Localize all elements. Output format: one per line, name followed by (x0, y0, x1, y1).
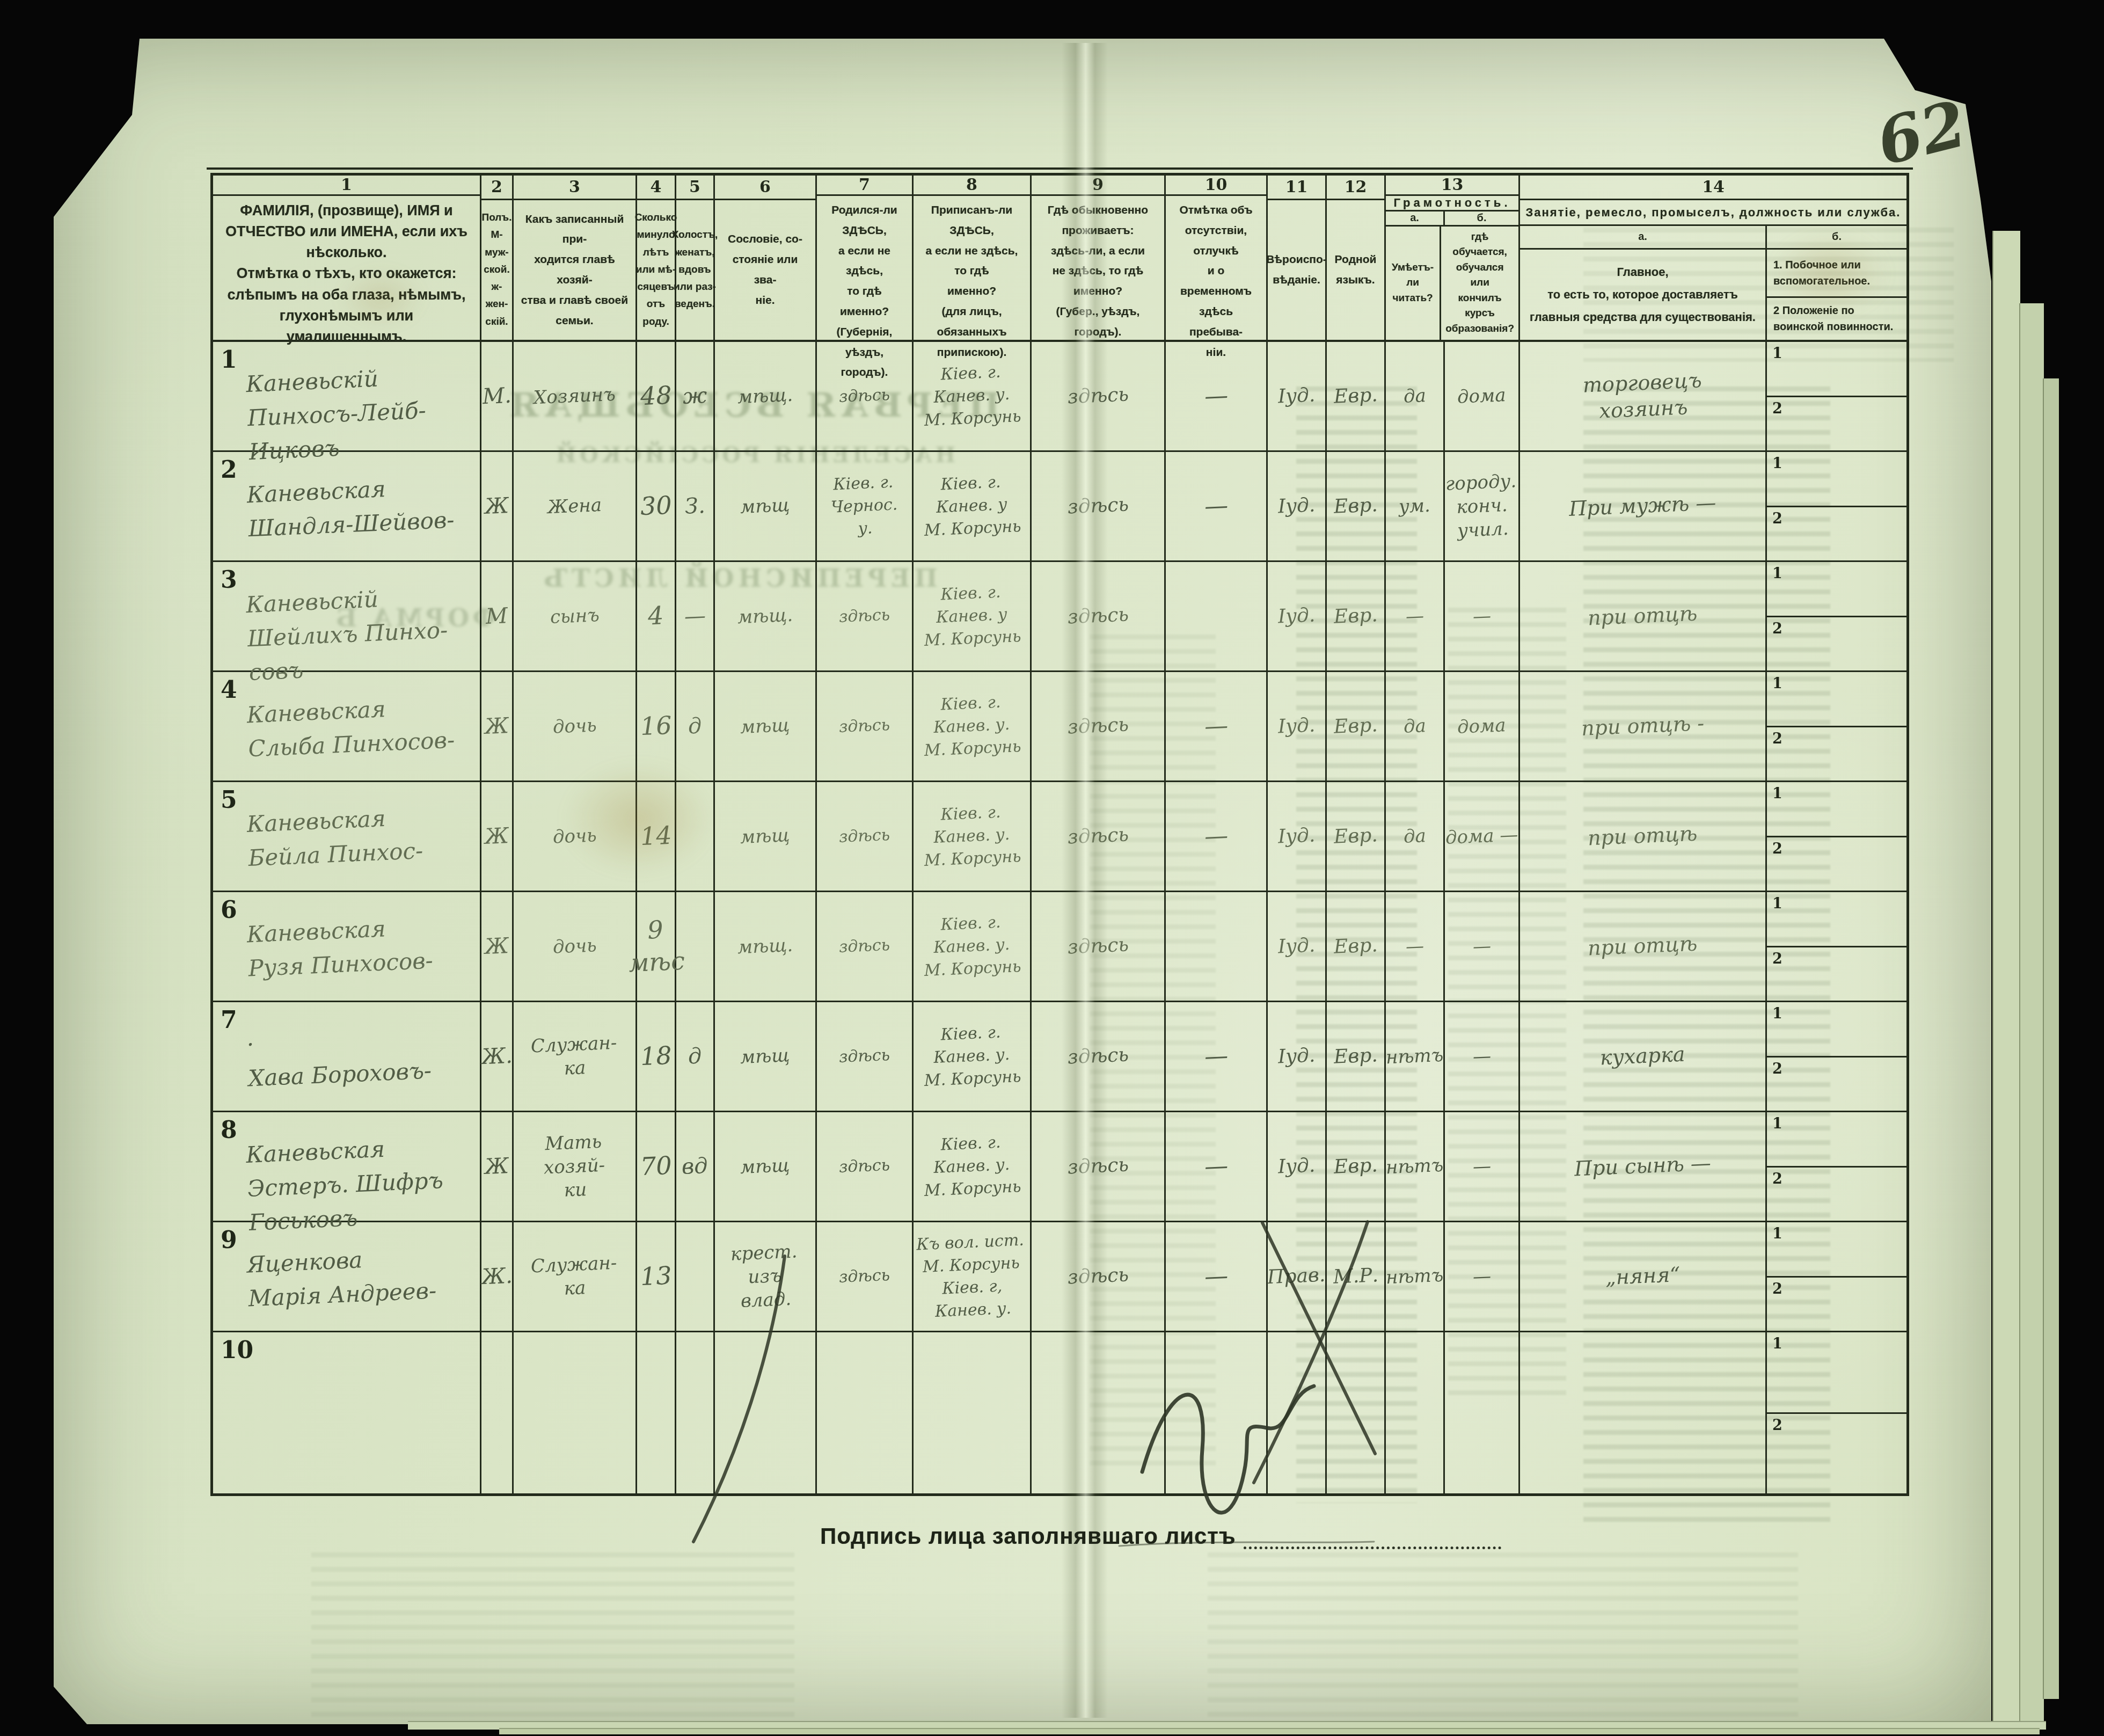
handwritten-entry: ум. (1398, 494, 1431, 519)
literacy-title: Грамотность. (1386, 196, 1518, 211)
handwritten-entry: Кіев. г. Канев. у. М. Корсунь (922, 910, 1022, 982)
handwritten-entry: Евр. (1333, 933, 1378, 960)
handwritten-entry: М.Р. (1333, 1263, 1379, 1290)
occupation-side-subcell: 2 (1767, 1168, 1906, 1221)
handwritten-entry: здѣсь (1067, 382, 1129, 410)
table-row: 5Каневьская Бейла Пинхос-Ждочь14мѣщздѣсь… (213, 782, 1906, 892)
cell-estate: мѣщ (715, 1112, 817, 1221)
cell-language: Евр. (1327, 1112, 1386, 1221)
cell-estate (715, 1332, 817, 1493)
column-header-text: Отмѣтка объ отсутствіи, отлучкѣ и о врем… (1166, 196, 1266, 367)
handwritten-entry: мѣщ (740, 823, 790, 849)
subcell-number: 1 (1772, 895, 1782, 912)
cell-resides: здѣсь (1032, 1222, 1166, 1331)
handwritten-entry: дома (1457, 383, 1506, 409)
handwritten-entry: д (688, 712, 703, 740)
occupation-side-subcell: 2 (1767, 837, 1906, 891)
handwritten-entry: — (1203, 710, 1228, 742)
cell-resides: здѣсь (1032, 342, 1166, 450)
cell-name: 7· Хава Бороховъ- (213, 1002, 481, 1111)
cell-absence: — (1166, 672, 1268, 781)
cell-registered: Кіев. г. Канев. у. М. Корсунь (914, 672, 1032, 781)
cell-sex: М (481, 562, 514, 670)
handwritten-entry: здѣсь (1067, 1153, 1129, 1180)
handwritten-entry: Каневьская Слыба Пинхосов- (246, 689, 455, 766)
cell-resides: здѣсь (1032, 452, 1166, 560)
cell-estate: крест. изъ влад. (715, 1222, 817, 1331)
handwritten-entry: Яценкова Марія Андреев- (246, 1239, 437, 1315)
subcell-number: 2 (1772, 1281, 1782, 1297)
cell-relation: Хозяинъ (514, 342, 637, 450)
cell-absence: — (1166, 1002, 1268, 1111)
handwritten-entry: При мужѣ — (1568, 490, 1716, 522)
handwritten-entry: Іуд. (1277, 933, 1316, 960)
column-header-text: Сословіе, со- стояніе или зва- ніе. (715, 200, 815, 340)
handwritten-entry: Іуд. (1277, 1153, 1316, 1180)
cell-occ_a: при отцѣ (1520, 562, 1767, 670)
cell-absence: — (1166, 782, 1268, 891)
cell-name: 6Каневьская Рузя Пинхосов- (213, 892, 481, 1001)
row-number: 7 (221, 1006, 237, 1034)
cell-lit_b: — (1445, 1002, 1520, 1111)
cell-name: 8Каневьская Эстеръ. Шифръ Госьковъ (213, 1112, 481, 1221)
signature-label: Подпись лица заполнявшаго листъ (820, 1523, 1236, 1549)
cell-lit_a: нѣтъ (1386, 1222, 1445, 1331)
cell-age: 14 (637, 782, 676, 891)
handwritten-entry: Іуд. (1277, 493, 1316, 520)
handwritten-entry: — (1472, 1154, 1492, 1179)
cell-occ_a: при отцѣ (1520, 892, 1767, 1001)
page-stack-edge (2043, 378, 2059, 1699)
handwritten-entry: мѣщ. (737, 603, 793, 630)
occupation-side-subcell: 1 (1767, 342, 1906, 397)
cell-name: 5Каневьская Бейла Пинхос- (213, 782, 481, 891)
handwritten-entry: Хозяинъ (533, 383, 616, 410)
occupation-side-subcell: 2 (1767, 507, 1906, 561)
cell-relation: дочь (514, 782, 637, 891)
cell-occ_a: кухарка (1520, 1002, 1767, 1111)
handwritten-entry: — (1472, 1264, 1492, 1289)
handwritten-entry: здѣсь (838, 1044, 890, 1069)
subcell-number: 2 (1772, 621, 1782, 637)
occupation-side-subcell: 1 (1767, 1002, 1906, 1057)
table-body: 1Каневьскій Пинхосъ-Лейб- ИцковъМ.Хозяин… (213, 342, 1906, 1493)
handwritten-entry: мѣщ. (737, 933, 793, 960)
occupation-side-subcell: 1 (1767, 782, 1906, 837)
occupation-side-subcell: 2 (1767, 1278, 1906, 1331)
handwritten-entry: здѣсь (1067, 822, 1129, 850)
handwritten-entry: Служан- ка (531, 1031, 619, 1082)
handwritten-entry: дома (1457, 713, 1506, 739)
cell-absence: — (1166, 452, 1268, 560)
column-header-text: Родной языкъ. (1327, 200, 1384, 340)
table-row: 1012 (213, 1332, 1906, 1493)
handwritten-entry: мѣщ. (737, 383, 793, 410)
handwritten-entry: мѣщ (740, 1154, 790, 1179)
column-header-text: Какъ записанный при- ходится главѣ хозяй… (514, 200, 635, 340)
cell-marital (676, 892, 715, 1001)
column-header-text: Вѣроиспо- вѣданіе. (1268, 200, 1325, 340)
cell-marital: д (676, 1002, 715, 1111)
handwritten-entry: д (688, 1042, 703, 1070)
cell-occ-side: 12 (1767, 892, 1906, 1001)
handwritten-entry: З. (684, 492, 706, 521)
handwritten-entry: нѣтъ (1385, 1044, 1444, 1070)
handwritten-entry: При сынѣ — (1574, 1150, 1712, 1183)
handwritten-entry: Кіев. г. Канев. у. М. Корсунь (922, 800, 1022, 872)
cell-absence: — (1166, 1112, 1268, 1221)
subcell-number: 1 (1772, 1226, 1782, 1242)
cell-lit_a: нѣтъ (1386, 1002, 1445, 1111)
occupation-side-subcell: 2 (1767, 397, 1906, 451)
handwritten-entry: здѣсь (838, 934, 890, 959)
cell-sex: Ж (481, 672, 514, 781)
table-row: 3Каневьскій Шейлихъ Пинхо- совъМсынъ4—мѣ… (213, 562, 1906, 672)
handwritten-entry: мѣщ (740, 713, 790, 739)
cell-relation: дочь (514, 672, 637, 781)
handwritten-entry: — (683, 602, 706, 631)
cell-occ-side: 12 (1767, 672, 1906, 781)
literacy-subheaders: Умѣетъ- ли читать? гдѣ обучается, обучал… (1386, 227, 1518, 340)
handwritten-entry: — (1203, 490, 1228, 522)
row-number: 9 (221, 1227, 237, 1254)
occupation-side-header: 1. Побочное или вспомогательное. 2 Полож… (1767, 250, 1906, 340)
column-number: 13 (1386, 176, 1518, 196)
column-header-text: Приписанъ-ли ЗДѢСЬ, а если не здѣсь, то … (914, 196, 1030, 367)
column-header-sex: 2 Полъ. М-муж- ской. ж-жен- скій. (481, 176, 514, 340)
cell-language: Евр. (1327, 342, 1386, 450)
table-row: 6Каневьская Рузя Пинхосов-Ждочь9 мѣсмѣщ.… (213, 892, 1906, 1002)
cell-absence (1166, 1332, 1268, 1493)
cell-occ-side: 12 (1767, 782, 1906, 891)
cell-lit_a (1386, 1332, 1445, 1493)
column-header-literacy: 13 Грамотность. а. б. Умѣетъ- ли читать?… (1386, 176, 1520, 340)
subcell-number: 1 (1772, 675, 1782, 692)
handwritten-entry: Кіев. г. Канев. у. М. Корсунь (922, 360, 1022, 432)
cell-relation: Жена (514, 452, 637, 560)
handwritten-entry: Іуд. (1277, 603, 1316, 630)
column-header-absence: 10 Отмѣтка объ отсутствіи, отлучкѣ и о в… (1166, 176, 1268, 340)
column-header-text: Сколько минуло лѣтъ или мѣ- сяцевъ отъ р… (637, 200, 675, 340)
cell-born: здѣсь (817, 342, 914, 450)
cell-born: здѣсь (817, 892, 914, 1001)
handwritten-entry: — (1203, 820, 1228, 852)
cell-occ_a: при отцѣ - (1520, 672, 1767, 781)
table-row: 9Яценкова Марія Андреев-Ж.Служан- ка13кр… (213, 1222, 1906, 1332)
cell-estate: мѣщ. (715, 562, 817, 670)
handwritten-entry: Кіев. г. Канев. у. М. Корсунь (922, 1020, 1022, 1092)
handwritten-entry: Ж (484, 822, 509, 851)
column-number: 10 (1166, 176, 1266, 196)
cell-absence: — (1166, 1222, 1268, 1331)
cell-relation: Служан- ка (514, 1222, 637, 1331)
cell-religion: Іуд. (1268, 892, 1327, 1001)
handwritten-entry: — (1203, 1150, 1228, 1182)
occupation-side-subcell: 1 (1767, 892, 1906, 947)
row-number: 8 (221, 1117, 237, 1144)
cell-language: Евр. (1327, 672, 1386, 781)
cell-occ-side: 12 (1767, 342, 1906, 450)
column-header-relation: 3 Какъ записанный при- ходится главѣ хоз… (514, 176, 637, 340)
cell-language: Евр. (1327, 782, 1386, 891)
column-number: 11 (1268, 176, 1325, 200)
column-number: 7 (817, 176, 912, 196)
cell-resides (1032, 1332, 1166, 1493)
cell-lit_b: городу. конч. учил. (1445, 452, 1520, 560)
cell-occ_a: При мужѣ — (1520, 452, 1767, 560)
cell-sex: Ж (481, 782, 514, 891)
handwritten-entry: городу. конч. учил. (1445, 469, 1519, 543)
subcell-number: 2 (1772, 1417, 1782, 1434)
cell-name: 2Каневьская Шандля-Шейвов- (213, 452, 481, 560)
cell-estate: мѣщ (715, 452, 817, 560)
handwritten-entry: — (1203, 1260, 1228, 1292)
cell-absence: — (1166, 342, 1268, 450)
cell-lit_b: дома (1445, 342, 1520, 450)
cell-name: 1Каневьскій Пинхосъ-Лейб- Ицковъ (213, 342, 481, 450)
column-header-language: 12 Родной языкъ. (1327, 176, 1386, 340)
occupation-side-subcell: 1 (1767, 1112, 1906, 1168)
handwritten-entry: „няня“ (1605, 1261, 1681, 1291)
cell-estate: мѣщ (715, 782, 817, 891)
handwritten-entry: нѣтъ (1385, 1264, 1444, 1290)
cell-religion: Прав. (1268, 1222, 1327, 1331)
column-header-registered: 8 Приписанъ-ли ЗДѢСЬ, а если не здѣсь, т… (914, 176, 1032, 340)
column-header-text: Полъ. М-муж- ской. ж-жен- скій. (481, 200, 512, 340)
subcell-number: 1 (1772, 785, 1782, 802)
subcell-number: 2 (1772, 510, 1782, 527)
handwritten-entry: здѣсь (838, 384, 890, 409)
handwritten-entry: здѣсь (838, 714, 890, 739)
cell-estate: мѣщ. (715, 342, 817, 450)
cell-resides: здѣсь (1032, 562, 1166, 670)
cell-age: 70 (637, 1112, 676, 1221)
column-header-text: ФАМИЛІЯ, (прозвище), ИМЯ и ОТЧЕСТВО или … (213, 196, 480, 352)
cell-resides: здѣсь (1032, 672, 1166, 781)
handwritten-entry: Кіев. г. Канев. у М. Корсунь (922, 470, 1022, 542)
cell-resides: здѣсь (1032, 1002, 1166, 1111)
handwritten-entry: при отцѣ (1587, 931, 1698, 962)
signature-row: Подпись лица заполнявшаго листъ (820, 1523, 1501, 1549)
handwritten-entry: да (1403, 824, 1427, 849)
cell-language: Евр. (1327, 562, 1386, 670)
subcell-number: 1 (1772, 455, 1782, 472)
handwritten-entry: здѣсь (1067, 602, 1129, 630)
cell-registered: Кіев. г. Канев. у. М. Корсунь (914, 342, 1032, 450)
cell-relation: сынъ (514, 562, 637, 670)
cell-occ_a (1520, 1332, 1767, 1493)
handwritten-entry: Евр. (1333, 1043, 1378, 1070)
handwritten-entry: — (1405, 604, 1424, 629)
cell-lit_a: ум. (1386, 452, 1445, 560)
handwritten-entry: вд (681, 1152, 708, 1181)
literacy-where-studied-header: гдѣ обучается, обучался или кончилъ курс… (1441, 227, 1518, 340)
handwritten-entry: Каневьская Рузя Пинхосов- (246, 910, 434, 986)
handwritten-entry: здѣсь (838, 1154, 890, 1179)
handwritten-entry: здѣсь (838, 1264, 890, 1289)
handwritten-entry: Ж (484, 712, 509, 741)
cell-religion: Іуд. (1268, 782, 1327, 891)
column-number: 14 (1520, 176, 1906, 200)
cell-age: 9 мѣс (637, 892, 676, 1001)
handwritten-entry: 13 (639, 1260, 672, 1293)
row-number: 3 (221, 566, 237, 594)
bleedthrough-text-block (311, 1552, 794, 1730)
cell-religion: Іуд. (1268, 452, 1327, 560)
cell-registered: Кіев. г. Канев. у. М. Корсунь (914, 782, 1032, 891)
cell-occ_a: „няня“ (1520, 1222, 1767, 1331)
handwritten-entry: 18 (639, 1040, 672, 1073)
occupation-title: Занятіе, ремесло, промыселъ, должность и… (1520, 200, 1906, 226)
handwritten-entry: ж (682, 382, 708, 411)
occupation-side-subcell: 1 (1767, 672, 1906, 727)
handwritten-entry: Мать хозяй- ки (543, 1129, 607, 1203)
handwritten-entry: — (1472, 604, 1492, 629)
column-number: 2 (481, 176, 512, 200)
column-number: 4 (637, 176, 675, 200)
occupation-side-subcell: 2 (1767, 1414, 1906, 1494)
cell-age: 16 (637, 672, 676, 781)
occupation-subheaders: Главное, то есть то, которое доставляетъ… (1520, 250, 1906, 340)
cell-marital: — (676, 562, 715, 670)
column-number: 5 (676, 176, 713, 200)
cell-sex: Ж (481, 892, 514, 1001)
subcell-number: 2 (1772, 841, 1782, 857)
handwritten-entry: Евр. (1333, 603, 1378, 630)
handwritten-entry: крест. изъ влад. (730, 1239, 800, 1314)
cell-marital: вд (676, 1112, 715, 1221)
cell-absence (1166, 562, 1268, 670)
table-row: 7· Хава Бороховъ-Ж.Служан- ка18дмѣщздѣсь… (213, 1002, 1906, 1112)
sublabel-b: б. (1445, 211, 1518, 224)
cell-name: 3Каневьскій Шейлихъ Пинхо- совъ (213, 562, 481, 670)
occupation-side-subcell: 2 (1767, 947, 1906, 1001)
cell-occ-side: 12 (1767, 1332, 1906, 1493)
subcell-number: 1 (1772, 345, 1782, 362)
cell-name: 4Каневьская Слыба Пинхосов- (213, 672, 481, 781)
column-number: 9 (1032, 176, 1164, 196)
cell-estate: мѣщ. (715, 892, 817, 1001)
table-row: 4Каневьская Слыба Пинхосов-Ждочь16дмѣщзд… (213, 672, 1906, 782)
occupation-side-subcell: 1 (1767, 562, 1906, 617)
occupation-side-subcell: 2 (1767, 617, 1906, 671)
column-header-name: 1 ФАМИЛІЯ, (прозвище), ИМЯ и ОТЧЕСТВО ил… (213, 176, 481, 340)
handwritten-entry: Евр. (1333, 1153, 1378, 1180)
handwritten-entry: да (1403, 714, 1427, 739)
cell-lit_a: да (1386, 782, 1445, 891)
column-header-text: Холостъ, женатъ, вдовъ или раз- веденъ. (676, 200, 713, 340)
cell-absence (1166, 892, 1268, 1001)
literacy-can-read-header: Умѣетъ- ли читать? (1386, 227, 1441, 340)
handwritten-entry: 16 (639, 710, 672, 743)
page-stack-edge (1992, 231, 2020, 1723)
cell-lit_b: — (1445, 562, 1520, 670)
cell-registered (914, 1332, 1032, 1493)
cell-registered: Кіев. г. Канев. у. М. Корсунь (914, 892, 1032, 1001)
column-number: 6 (715, 176, 815, 200)
handwritten-entry: Кіев. г. Канев. у. М. Корсунь (922, 1130, 1022, 1202)
cell-born: здѣсь (817, 1112, 914, 1221)
occupation-side-1: 1. Побочное или вспомогательное. (1767, 250, 1906, 298)
cell-language: Евр. (1327, 1002, 1386, 1111)
cell-religion: Іуд. (1268, 1002, 1327, 1111)
cell-lit_b: — (1445, 1222, 1520, 1331)
handwritten-entry: мѣщ (740, 1044, 790, 1069)
cell-religion: Іуд. (1268, 1112, 1327, 1221)
occupation-side-subcell: 1 (1767, 1222, 1906, 1278)
handwritten-entry: при отцѣ (1587, 821, 1698, 852)
cell-language: Евр. (1327, 452, 1386, 560)
handwritten-entry: дома — (1445, 823, 1518, 850)
column-header-estate: 6 Сословіе, со- стояніе или зва- ніе. (715, 176, 817, 340)
cell-language (1327, 1332, 1386, 1493)
cell-estate: мѣщ (715, 672, 817, 781)
occupation-side-2: 2 Положеніе по воинской повинности. (1767, 298, 1906, 340)
column-number: 3 (514, 176, 635, 200)
row-number: 6 (221, 896, 237, 924)
column-header-text: Гдѣ обыкновенно проживаетъ: здѣсь-ли, а … (1032, 196, 1164, 347)
column-header-resides: 9 Гдѣ обыкновенно проживаетъ: здѣсь-ли, … (1032, 176, 1166, 340)
cell-occ_a: при отцѣ (1520, 782, 1767, 891)
cell-occ-side: 12 (1767, 1002, 1906, 1111)
cell-born: здѣсь (817, 562, 914, 670)
handwritten-entry: · Хава Бороховъ- (246, 1020, 432, 1096)
cell-occ_a: торговецъ хозяинъ (1520, 342, 1767, 450)
handwritten-entry: Каневьская Шандля-Шейвов- (246, 469, 455, 546)
cell-religion: Іуд. (1268, 562, 1327, 670)
cell-born (817, 1332, 914, 1493)
handwritten-entry: Жена (547, 493, 602, 520)
cell-name: 9Яценкова Марія Андреев- (213, 1222, 481, 1331)
cell-marital: ж (676, 342, 715, 450)
bleedthrough-text-block (1208, 1552, 1798, 1730)
cell-born: здѣсь (817, 1002, 914, 1111)
handwritten-entry: Служан- ка (531, 1251, 619, 1302)
table-row: 1Каневьскій Пинхосъ-Лейб- ИцковъМ.Хозяин… (213, 342, 1906, 452)
handwritten-entry: здѣсь (1067, 492, 1129, 520)
handwritten-entry: да (1403, 384, 1427, 409)
cell-resides: здѣсь (1032, 892, 1166, 1001)
handwritten-entry: 30 (639, 490, 672, 523)
handwritten-entry: здѣсь (1067, 1042, 1129, 1070)
handwritten-entry: Евр. (1333, 383, 1378, 410)
cell-lit_b: — (1445, 1112, 1520, 1221)
column-number: 8 (914, 176, 1030, 196)
row-number: 4 (221, 676, 237, 704)
handwritten-entry: — (1472, 1044, 1492, 1069)
cell-marital (676, 1332, 715, 1493)
handwritten-entry: Ж (484, 492, 509, 521)
cell-registered: Кіев. г. Канев. у М. Корсунь (914, 452, 1032, 560)
subcell-number: 1 (1772, 1005, 1782, 1022)
handwritten-entry: кухарка (1599, 1041, 1686, 1071)
cell-registered: Кіев. г. Канев. у М. Корсунь (914, 562, 1032, 670)
handwritten-entry: Ж. (481, 1042, 513, 1071)
handwritten-entry: здѣсь (1067, 932, 1129, 960)
cell-lit_b (1445, 1332, 1520, 1493)
handwritten-entry: Ж (484, 932, 509, 961)
row-number: 10 (221, 1337, 253, 1364)
cell-marital: З. (676, 452, 715, 560)
column-header-age: 4 Сколько минуло лѣтъ или мѣ- сяцевъ отъ… (637, 176, 676, 340)
cell-sex (481, 1332, 514, 1493)
cell-occ-side: 12 (1767, 562, 1906, 670)
page-stack-edge (2019, 303, 2044, 1723)
handwritten-entry: 14 (639, 820, 672, 853)
subcell-number: 1 (1772, 1115, 1782, 1132)
cell-language: Евр. (1327, 892, 1386, 1001)
column-number: 1 (213, 176, 480, 196)
